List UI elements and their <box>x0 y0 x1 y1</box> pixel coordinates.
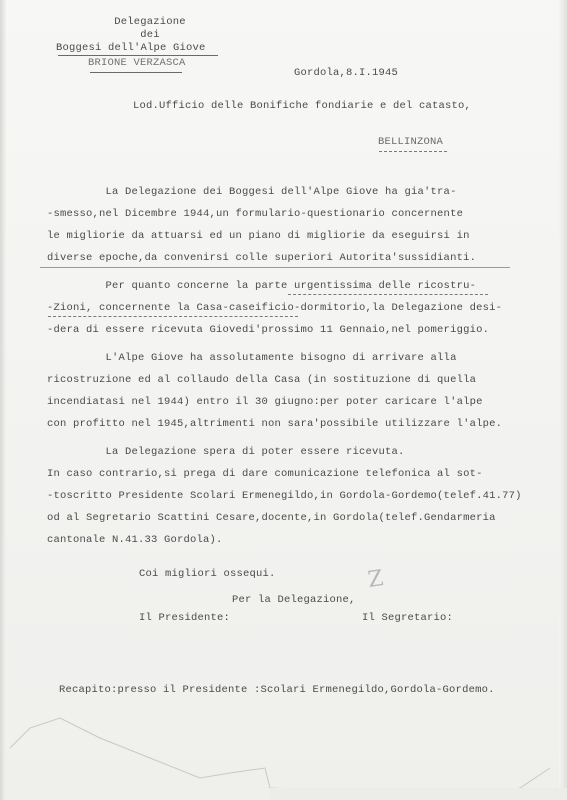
body-line: diverse epoche,da convenirsi colle super… <box>47 252 476 265</box>
signature-intro: Per la Delegazione, <box>232 594 356 607</box>
page-edge-right <box>559 0 567 800</box>
letterhead-line-2: dei <box>60 29 240 42</box>
closing-line: Coi migliori ossequi. <box>139 568 276 581</box>
page-edge-left <box>0 0 6 800</box>
body-line: La Delegazione dei Boggesi dell'Alpe Gio… <box>47 186 457 199</box>
body-line: cantonale N.41.33 Gordola). <box>47 534 223 547</box>
letterhead-rule-1 <box>58 55 218 56</box>
letterhead-rule-2 <box>90 72 182 73</box>
recipient-city: BELLINZONA <box>378 136 443 149</box>
letter-page: Delegazione dei Boggesi dell'Alpe Giove … <box>0 0 567 800</box>
body-line: Per quanto concerne la parte urgentissim… <box>47 280 476 293</box>
underline-urgent <box>288 294 488 295</box>
body-line: ricostruzione ed al collaudo della Casa … <box>47 374 476 387</box>
signatory-president: Il Presidente: <box>139 612 230 625</box>
body-line: -dera di essere ricevuta Giovedi'prossim… <box>47 324 489 337</box>
recipient-city-underline <box>379 151 447 152</box>
letterhead-line-1: Delegazione <box>60 16 240 29</box>
underline-casa <box>48 316 298 317</box>
letterhead-line-4: BRIONE VERZASCA <box>88 57 186 70</box>
body-line: La Delegazione spera di poter essere ric… <box>47 446 405 459</box>
footer-address: Recapito:presso il Presidente :Scolari E… <box>59 684 495 697</box>
body-line: In caso contrario,si prega di dare comun… <box>47 468 483 481</box>
paragraph-divider <box>40 267 510 268</box>
body-line: incendiatasi nel 1944) entro il 30 giugn… <box>47 396 483 409</box>
body-line: L'Alpe Giove ha assolutamente bisogno di… <box>47 352 457 365</box>
body-line: od al Segretario Scattini Cesare,docente… <box>47 512 496 525</box>
body-line: -toscritto Presidente Scolari Ermenegild… <box>47 490 522 503</box>
signatory-secretary: Il Segretario: <box>362 612 453 625</box>
handwritten-mark: Z <box>366 566 385 593</box>
date-line: Gordola,8.I.1945 <box>294 67 398 80</box>
body-line: le migliorie da attuarsi ed un piano di … <box>47 230 470 243</box>
body-line: -Zioni, concernente la Casa-caseificio-d… <box>47 302 502 315</box>
body-line: -smesso,nel Dicembre 1944,un formulario-… <box>47 208 463 221</box>
body-line: con profitto nel 1945,altrimenti non sar… <box>47 418 502 431</box>
letterhead-line-3: Boggesi dell'Alpe Giove <box>56 42 206 55</box>
recipient-office: Lod.Ufficio delle Bonifiche fondiarie e … <box>133 100 471 113</box>
torn-paper-edge <box>0 708 567 800</box>
